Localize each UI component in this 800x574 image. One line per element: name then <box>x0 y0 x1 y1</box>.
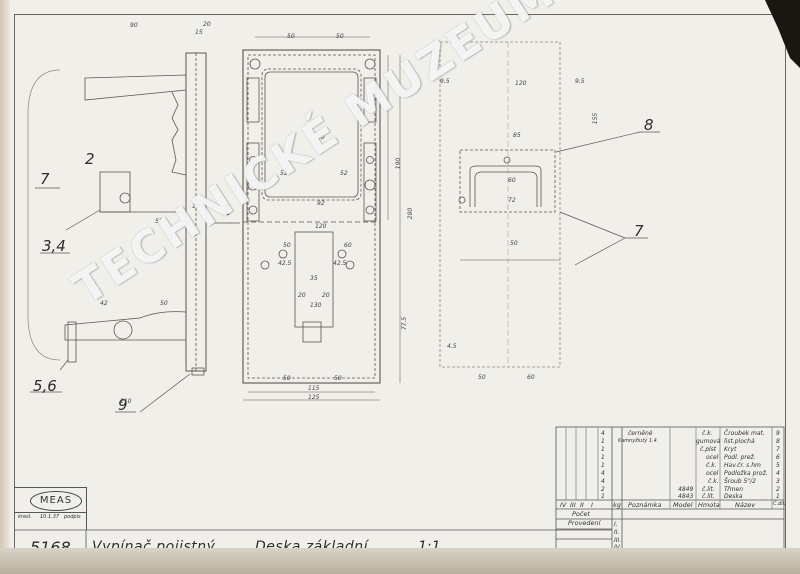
paper-edge-bottom <box>0 548 800 574</box>
parts-list-row: 14843č.lit.Deska1 <box>556 493 784 501</box>
dim-main-125: 125 <box>308 394 319 401</box>
parts-list-row: 4ocelPodložka prož.4 <box>556 470 784 478</box>
callout-part-3-4: 3,4 <box>42 237 66 255</box>
dim-right-60: 60 <box>508 177 516 184</box>
dim-main-77-5: 77.5 <box>401 317 408 330</box>
parts-list-row: 4č.k.Šroub 5"/23 <box>556 478 784 486</box>
dim-main-bottom-50a: 50 <box>283 375 291 382</box>
callout-part-8: 8 <box>644 116 654 134</box>
bom-col-pos: Č.dil. <box>773 501 786 507</box>
drawing-sheet: 1 2 3,4 5,6 7 7 8 9 90 20 15 110 55 18 4… <box>0 0 800 574</box>
rev-number-3: III. <box>614 537 621 544</box>
bom-row-count: Počet <box>572 510 590 518</box>
bom-col-kg: kg <box>613 501 621 509</box>
dim-main-60: 60 <box>344 242 352 249</box>
dim-main-42-5a: 42.5 <box>278 260 291 267</box>
parts-list-row: 4černěnéč.k.Čroubek mat.9 <box>556 430 784 438</box>
dim-main-35: 35 <box>310 275 318 282</box>
bom-rev-ii: II <box>580 501 584 509</box>
dim-right-120: 120 <box>515 80 526 87</box>
callout-part-7-left: 7 <box>40 170 50 188</box>
bom-rev-iv: IV <box>560 501 566 509</box>
callout-part-5-6: 5,6 <box>33 377 57 395</box>
parts-list-row: 1č.k.Hav.čr. s.hm5 <box>556 462 784 470</box>
sign-field-drawn: kresl. <box>18 514 32 520</box>
dim-main-bottom-50b: 50 <box>334 375 342 382</box>
dim-main-120: 120 <box>315 223 326 230</box>
bom-col-model: Model <box>673 501 693 509</box>
dim-left-50: 50 <box>160 300 168 307</box>
parts-list-row: 1ocelPodl. prež.6 <box>556 454 784 462</box>
dim-right-72: 72 <box>508 197 516 204</box>
bom-row-execution: Provedení <box>568 519 600 527</box>
dim-main-92: 92 <box>317 200 325 207</box>
dim-main-115: 115 <box>308 385 319 392</box>
dim-main-20b: 20 <box>322 292 330 299</box>
signature-row: kresl. 10.1.37 podpis <box>14 512 86 523</box>
bom-rev-iii: III <box>570 501 576 509</box>
rev-number-2: II. <box>614 529 619 536</box>
company-logo: MEAS <box>30 491 82 511</box>
dim-main-top-right: 50 <box>336 33 344 40</box>
dim-left-bottom: 110 <box>120 398 131 405</box>
dim-main-130: 130 <box>310 302 321 309</box>
dim-main-top-left: 50 <box>287 33 295 40</box>
dim-right-bottom-60: 60 <box>527 374 535 381</box>
parts-list-row: 1Kamnyžlutý 1.4gumoválist.plochá8 <box>556 438 784 446</box>
bom-col-note: Poznámka <box>628 501 662 509</box>
dim-right-bottom-50: 50 <box>478 374 486 381</box>
dim-left-top-small2: 15 <box>195 29 203 36</box>
callout-part-2: 2 <box>85 150 95 168</box>
dim-right-4-5: 4.5 <box>447 343 457 350</box>
rev-number-1: I. <box>614 521 618 528</box>
bom-col-material: Hmota <box>698 501 720 509</box>
sign-field-signature: podpis <box>64 514 81 520</box>
dim-right-85: 85 <box>513 132 521 139</box>
dim-left-top-width: 90 <box>130 22 138 29</box>
dim-main-52b: 52 <box>340 170 348 177</box>
sign-field-date: 10.1.37 <box>40 514 59 520</box>
bom-col-name: Název <box>735 501 755 509</box>
dim-main-42-5b: 42.5 <box>333 260 346 267</box>
dim-right-50: 50 <box>510 240 518 247</box>
dim-main-50: 50 <box>283 242 291 249</box>
dim-left-top-small: 20 <box>203 21 211 28</box>
dim-main-20a: 20 <box>298 292 306 299</box>
callout-part-7-right: 7 <box>634 222 644 240</box>
bom-rev-i: I <box>591 501 593 509</box>
dim-main-190: 190 <box>395 158 402 169</box>
dim-right-155: 155 <box>592 113 599 124</box>
parts-list-row: 1č.plstKryt7 <box>556 446 784 454</box>
dim-right-9-5b: 9.5 <box>575 78 585 85</box>
dim-main-280: 280 <box>407 208 414 219</box>
